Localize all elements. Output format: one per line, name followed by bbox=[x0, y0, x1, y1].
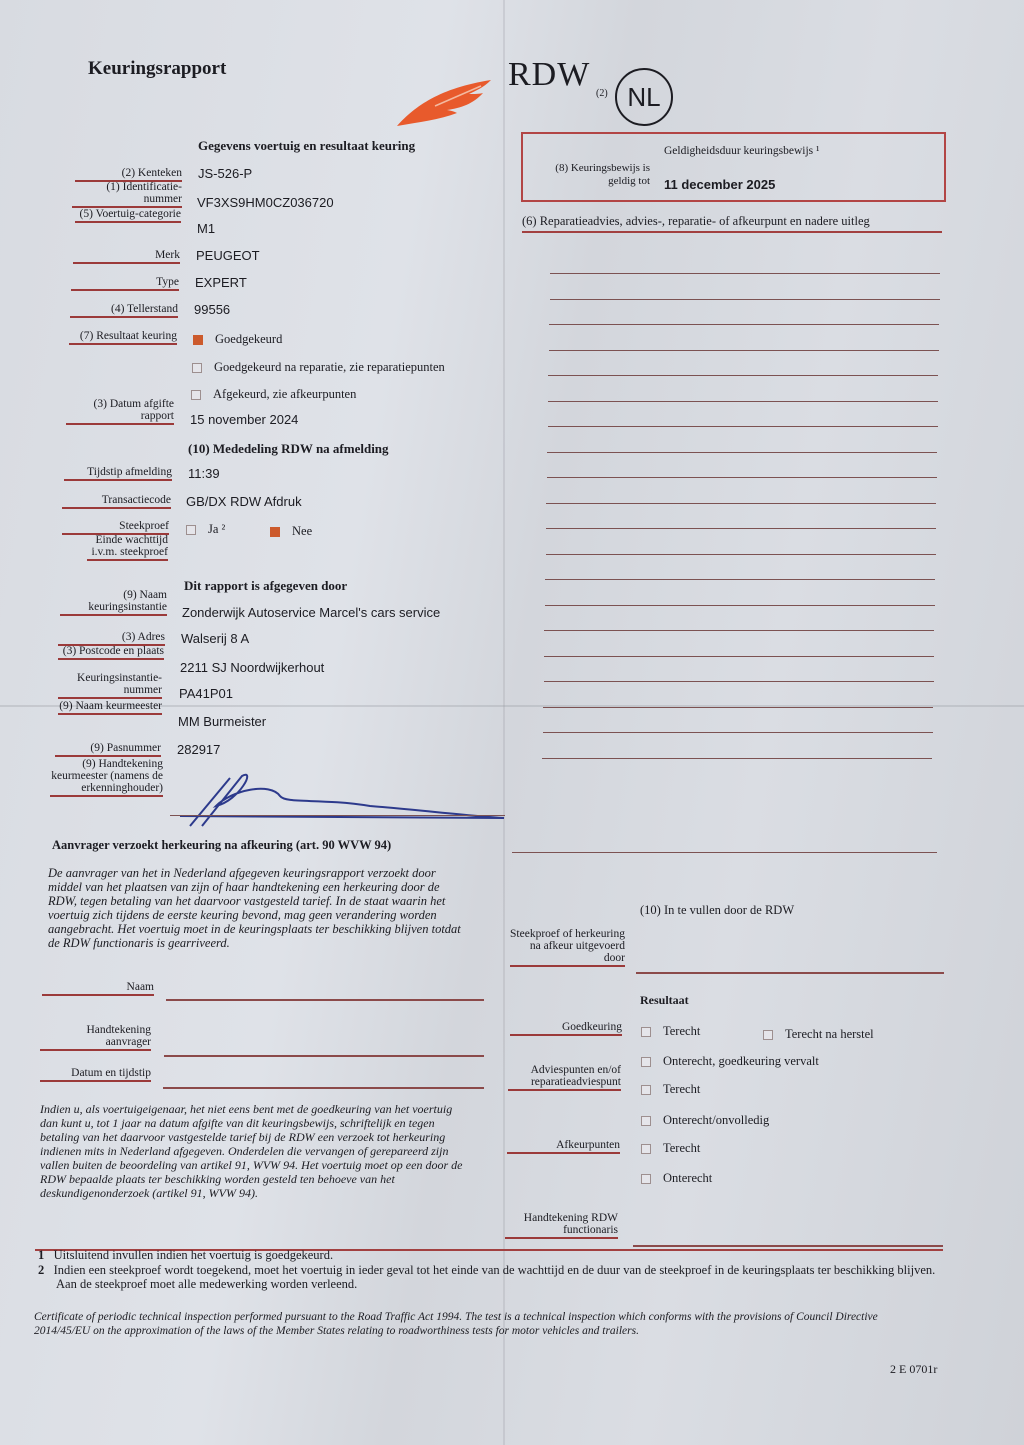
advice-line[interactable] bbox=[550, 299, 940, 300]
value-type: EXPERT bbox=[195, 275, 247, 290]
label-datum-afgifte: (3) Datum afgifte rapport bbox=[66, 398, 174, 425]
advice-line[interactable] bbox=[545, 579, 935, 580]
value-tijdstip-afmelding: 11:39 bbox=[188, 466, 220, 481]
label-keuringsinstantienummer: Keuringsinstantie-nummer bbox=[58, 672, 162, 699]
request-title: Aanvrager verzoekt herkeuring na afkeuri… bbox=[52, 838, 391, 853]
value-kenteken: JS-526-P bbox=[198, 166, 252, 181]
value-pasnummer: 282917 bbox=[177, 742, 220, 757]
value-naam-keurmeester: MM Burmeister bbox=[178, 714, 266, 729]
advice-line[interactable] bbox=[543, 732, 933, 733]
validity-date: 11 december 2025 bbox=[664, 177, 775, 192]
result-option-goedgekeurd[interactable]: Goedgekeurd bbox=[193, 332, 282, 347]
value-naam-keuringsinstantie: Zonderwijk Autoservice Marcel's cars ser… bbox=[182, 605, 440, 620]
label-resultaat-keuring: (7) Resultaat keuring bbox=[69, 330, 177, 345]
footnote-1: 1 Uitsluitend invullen indien het voertu… bbox=[38, 1248, 928, 1262]
advice-line[interactable] bbox=[542, 758, 932, 759]
rdw-brand: RDW bbox=[508, 56, 590, 94]
checkbox-icon bbox=[763, 1030, 773, 1040]
label-uitgevoerd-door: Steekproef of herkeuring na afkeur uitge… bbox=[510, 928, 625, 967]
checkbox-icon bbox=[191, 390, 201, 400]
checkbox-icon bbox=[192, 363, 202, 373]
label-datum-tijdstip: Datum en tijdstip bbox=[40, 1067, 151, 1082]
advice-line[interactable] bbox=[546, 503, 936, 504]
form-code: 2 E 0701r bbox=[890, 1362, 937, 1377]
label-pasnummer: (9) Pasnummer bbox=[55, 742, 161, 757]
option-label: Goedgekeurd na reparatie, zie reparatiep… bbox=[214, 360, 445, 374]
advice-line[interactable] bbox=[550, 273, 940, 274]
option-label: Onterecht/onvolledig bbox=[663, 1113, 769, 1127]
advice-line[interactable] bbox=[547, 477, 937, 478]
label-naam-keuringsinstantie: (9) Naam keuringsinstantie bbox=[60, 589, 167, 616]
approval-option-terecht-na-herstel[interactable]: Terecht na herstel bbox=[763, 1027, 874, 1042]
value-voertuigcategorie: M1 bbox=[197, 221, 215, 236]
label-goedkeuring: Goedkeuring bbox=[510, 1021, 622, 1036]
checkbox-icon bbox=[186, 525, 196, 535]
notification-section-title: (10) Mededeling RDW na afmelding bbox=[188, 441, 389, 457]
label-kenteken: (2) Kenteken bbox=[75, 167, 182, 182]
reject-option-terecht[interactable]: Terecht bbox=[641, 1141, 700, 1156]
footnote-number: 1 bbox=[38, 1248, 44, 1262]
certificate-text: Certificate of periodic technical inspec… bbox=[34, 1310, 884, 1338]
advice-line[interactable] bbox=[544, 656, 934, 657]
value-tellerstand: 99556 bbox=[194, 302, 230, 317]
signature-keurmeester bbox=[170, 770, 510, 835]
label-transactiecode: Transactiecode bbox=[62, 494, 171, 509]
value-keuringsinstantienummer: PA41P01 bbox=[179, 686, 233, 701]
sample-option-ja[interactable]: Ja ² bbox=[186, 522, 225, 537]
handtekening-aanvrager-field[interactable] bbox=[164, 1055, 484, 1057]
resultaat-title: Resultaat bbox=[640, 993, 689, 1008]
footnote-number: 2 bbox=[38, 1263, 44, 1277]
label-identificatienummer: (1) Identificatie-nummer bbox=[72, 181, 182, 208]
option-label: Onterecht bbox=[663, 1171, 712, 1185]
checkbox-checked-icon bbox=[270, 527, 280, 537]
signature-line bbox=[170, 815, 505, 816]
advice-line-extra bbox=[512, 852, 937, 853]
result-option-afgekeurd[interactable]: Afgekeurd, zie afkeurpunten bbox=[191, 387, 356, 402]
advice-option-terecht[interactable]: Terecht bbox=[641, 1082, 700, 1097]
label-merk: Merk bbox=[73, 249, 180, 264]
checkbox-icon bbox=[641, 1027, 651, 1037]
advice-line[interactable] bbox=[545, 605, 935, 606]
option-label: Goedgekeurd bbox=[215, 332, 282, 346]
option-label: Terecht bbox=[663, 1141, 700, 1155]
label-handtekening-keurmeester: (9) Handtekening keurmeester (namens de … bbox=[50, 758, 163, 797]
advice-line[interactable] bbox=[548, 401, 938, 402]
label-steekproef: Steekproef bbox=[62, 520, 169, 535]
validity-label: (8) Keuringsbewijs is geldig tot bbox=[540, 162, 650, 188]
label-handtekening-aanvrager: Handtekening aanvrager bbox=[40, 1024, 151, 1051]
country-superscript: (2) bbox=[596, 88, 608, 99]
label-voertuigcategorie: (5) Voertuig-categorie bbox=[75, 208, 181, 223]
advice-line[interactable] bbox=[546, 528, 936, 529]
checkbox-icon bbox=[641, 1174, 651, 1184]
advice-line[interactable] bbox=[549, 324, 939, 325]
advice-line[interactable] bbox=[544, 681, 934, 682]
advice-line[interactable] bbox=[548, 375, 938, 376]
approval-option-onterecht[interactable]: Onterecht, goedkeuring vervalt bbox=[641, 1054, 819, 1069]
value-postcode-plaats: 2211 SJ Noordwijkerhout bbox=[180, 660, 324, 675]
vehicle-section-title: Gegevens voertuig en resultaat keuring bbox=[198, 138, 415, 154]
option-label: Terecht na herstel bbox=[785, 1027, 874, 1041]
label-adviespunten: Adviespunten en/of reparatieadviespunt bbox=[508, 1064, 621, 1091]
approval-option-terecht[interactable]: Terecht bbox=[641, 1024, 700, 1039]
checkbox-icon bbox=[641, 1057, 651, 1067]
label-naam-keurmeester: (9) Naam keurmeester bbox=[58, 700, 162, 715]
label-type: Type bbox=[71, 276, 179, 291]
value-merk: PEUGEOT bbox=[196, 248, 260, 263]
rdw-feather-logo-icon bbox=[395, 76, 495, 133]
checkbox-checked-icon bbox=[193, 335, 203, 345]
label-einde-wachttijd: Einde wachttijd i.v.m. steekproef bbox=[87, 534, 168, 561]
advice-line[interactable] bbox=[547, 452, 937, 453]
reject-option-onterecht[interactable]: Onterecht bbox=[641, 1171, 712, 1186]
option-label: Afgekeurd, zie afkeurpunten bbox=[213, 387, 356, 401]
label-postcode-plaats: (3) Postcode en plaats bbox=[58, 645, 164, 660]
request-text: De aanvrager van het in Nederland afgege… bbox=[48, 866, 468, 950]
footnote-text: Indien een steekproef wordt toegekend, m… bbox=[54, 1263, 936, 1291]
result-option-na-reparatie[interactable]: Goedgekeurd na reparatie, zie reparatiep… bbox=[192, 360, 445, 375]
footnote-2: 2 Indien een steekproef wordt toegekend,… bbox=[38, 1263, 936, 1291]
checkbox-icon bbox=[641, 1085, 651, 1095]
value-datum-afgifte: 15 november 2024 bbox=[190, 412, 298, 427]
checkbox-icon bbox=[641, 1116, 651, 1126]
advice-line[interactable] bbox=[544, 630, 934, 631]
option-label: Terecht bbox=[663, 1024, 700, 1038]
option-label: Ja ² bbox=[208, 522, 225, 536]
advice-line[interactable] bbox=[546, 554, 936, 555]
option-label: Terecht bbox=[663, 1082, 700, 1096]
handtekening-rdw-field[interactable] bbox=[633, 1245, 943, 1247]
checkbox-icon bbox=[641, 1144, 651, 1154]
value-transactiecode: GB/DX RDW Afdruk bbox=[186, 494, 302, 509]
country-code-badge: NL bbox=[615, 68, 673, 126]
label-tijdstip-afmelding: Tijdstip afmelding bbox=[64, 466, 172, 481]
option-label: Onterecht, goedkeuring vervalt bbox=[663, 1054, 819, 1068]
label-tellerstand: (4) Tellerstand bbox=[70, 303, 178, 318]
label-adres: (3) Adres bbox=[58, 631, 165, 646]
document-title: Keuringsrapport bbox=[88, 58, 226, 80]
uitgevoerd-door-field[interactable] bbox=[636, 972, 944, 974]
option-label: Nee bbox=[292, 524, 312, 538]
advice-line[interactable] bbox=[548, 426, 938, 427]
label-afkeurpunten: Afkeurpunten bbox=[507, 1139, 620, 1154]
advice-line[interactable] bbox=[543, 707, 933, 708]
validity-title: Geldigheidsduur keuringsbewijs ¹ bbox=[664, 145, 819, 157]
owner-text: Indien u, als voertuigeigenaar, het niet… bbox=[40, 1102, 470, 1200]
rdw-fill-title: (10) In te vullen door de RDW bbox=[640, 903, 794, 918]
advice-title: (6) Reparatieadvies, advies-, reparatie-… bbox=[522, 214, 942, 233]
naam-aanvrager-field[interactable] bbox=[166, 999, 484, 1001]
datum-tijdstip-field[interactable] bbox=[163, 1087, 484, 1089]
advice-line[interactable] bbox=[549, 350, 939, 351]
label-naam-aanvrager: Naam bbox=[42, 981, 154, 996]
advice-option-onterecht[interactable]: Onterecht/onvolledig bbox=[641, 1113, 769, 1128]
sample-option-nee[interactable]: Nee bbox=[270, 524, 312, 539]
label-handtekening-rdw: Handtekening RDW functionaris bbox=[505, 1212, 618, 1239]
footnote-text: Uitsluitend invullen indien het voertuig… bbox=[54, 1248, 333, 1262]
value-identificatienummer: VF3XS9HM0CZ036720 bbox=[197, 195, 334, 210]
issuer-section-title: Dit rapport is afgegeven door bbox=[184, 578, 347, 594]
value-adres: Walserij 8 A bbox=[181, 631, 249, 646]
